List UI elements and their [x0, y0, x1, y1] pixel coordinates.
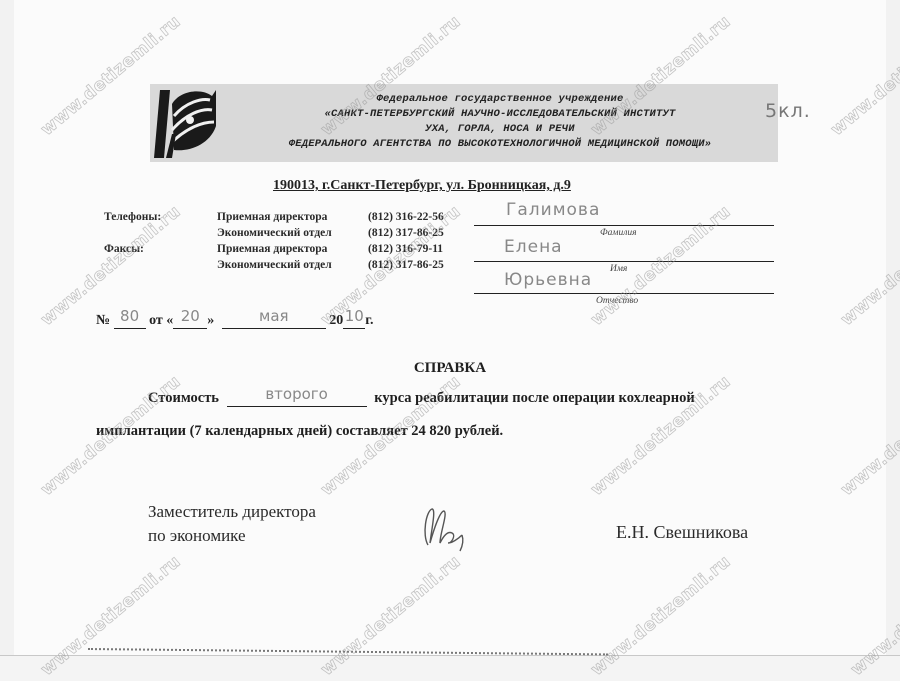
margin-note: 5кл.	[765, 100, 811, 122]
letterhead-line: «САНКТ-ПЕТЕРБУРГСКИЙ НАУЧНО-ИССЛЕДОВАТЕЛ…	[222, 107, 778, 122]
contact-dept: Экономический отдел	[217, 225, 368, 241]
contact-group: Телефоны:	[104, 209, 217, 225]
body-line-1: Стоимость второго курса реабилитации пос…	[148, 390, 695, 407]
year-value: 10	[345, 307, 364, 325]
contact-number: (812) 316-79-11	[368, 241, 478, 257]
surname-value: Галимова	[506, 200, 600, 220]
contact-group	[104, 225, 217, 241]
cost-label: Стоимость	[148, 390, 219, 406]
year-prefix: 20	[329, 313, 343, 328]
contact-group: Факсы:	[104, 241, 217, 257]
name-value: Елена	[504, 237, 563, 257]
year-label: г.	[365, 313, 373, 328]
handwritten-signature-icon	[418, 505, 478, 555]
document-title: СПРАВКА	[0, 360, 900, 377]
page-edge	[0, 655, 900, 681]
contact-row: Экономический отдел (812) 317-86-25	[104, 225, 478, 241]
from-label: от «	[149, 313, 173, 328]
body-line-2: имплантации (7 календарных дней) составл…	[96, 423, 503, 440]
patronymic-value: Юрьевна	[504, 270, 592, 290]
contact-number: (812) 317-86-25	[368, 225, 478, 241]
surname-line	[474, 225, 774, 226]
contact-number: (812) 317-86-25	[368, 257, 478, 273]
letterhead-line: Федеральное государственное учреждение	[222, 92, 778, 107]
contact-row: Факсы: Приемная директора (812) 316-79-1…	[104, 241, 478, 257]
course-ordinal-value: второго	[265, 385, 328, 403]
contact-row: Экономический отдел (812) 317-86-25	[104, 257, 478, 273]
number-field[interactable]: 80	[114, 312, 146, 329]
document-number-line: № 80 от «20» мая 2010г.	[96, 312, 374, 329]
signatory-title-line: по экономике	[148, 524, 316, 548]
body-line-1-rest: курса реабилитации после операции кохлеа…	[374, 390, 694, 406]
contacts-table: Телефоны: Приемная директора (812) 316-2…	[104, 209, 478, 273]
letterhead-line: ФЕДЕРАЛЬНОГО АГЕНТСТВА ПО ВЫСОКОТЕХНОЛОГ…	[222, 137, 778, 152]
number-value: 80	[120, 307, 139, 325]
patronymic-line	[474, 293, 774, 294]
contact-dept: Экономический отдел	[217, 257, 368, 273]
month-value: мая	[259, 307, 289, 325]
address: 190013, г.Санкт-Петербург, ул. Бронницка…	[273, 178, 571, 194]
year-field[interactable]: 10	[343, 312, 365, 329]
name-line	[474, 261, 774, 262]
close-quote: »	[207, 313, 214, 328]
month-field[interactable]: мая	[222, 312, 326, 329]
day-value: 20	[181, 307, 200, 325]
contact-dept: Приемная директора	[217, 209, 368, 225]
contact-group	[104, 257, 217, 273]
institute-logo-icon	[150, 86, 220, 162]
course-ordinal-field[interactable]: второго	[227, 390, 367, 407]
surname-caption: Фамилия	[600, 228, 637, 238]
number-label: №	[96, 313, 110, 328]
signatory-title: Заместитель директора по экономике	[148, 500, 316, 548]
signatory-name: Е.Н. Свешникова	[616, 522, 748, 543]
name-caption: Имя	[610, 264, 627, 274]
contact-row: Телефоны: Приемная директора (812) 316-2…	[104, 209, 478, 225]
letterhead-text: Федеральное государственное учреждение «…	[222, 92, 778, 152]
contact-number: (812) 316-22-56	[368, 209, 478, 225]
patronymic-caption: Отчество	[596, 296, 638, 306]
signatory-title-line: Заместитель директора	[148, 500, 316, 524]
contact-dept: Приемная директора	[217, 241, 368, 257]
day-field[interactable]: 20	[173, 312, 207, 329]
letterhead-line: УХА, ГОРЛА, НОСА И РЕЧИ	[222, 122, 778, 137]
